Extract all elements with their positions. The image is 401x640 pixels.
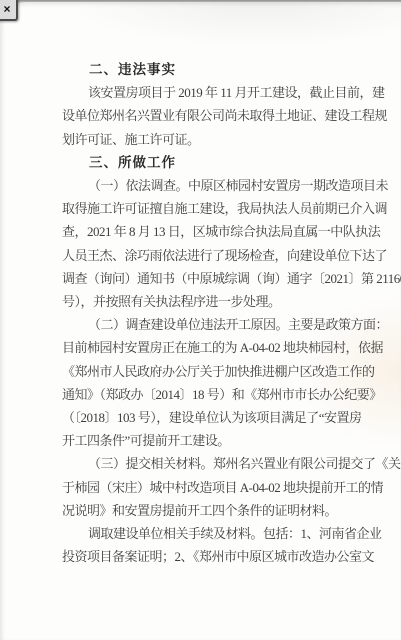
doc-line: （〔2018〕103 号），建设单位认为该项目满足了“安置房 <box>62 406 384 429</box>
doc-line: 目前柿园村安置房正在施工的为 A-04-02 地块柿园村，依据 <box>62 336 384 359</box>
doc-line: 人员王杰、涂巧雨依法进行了现场检查，向建设单位下达了 <box>62 244 384 267</box>
doc-line: 于柿园（宋庄）城中村改造项目 A-04-02 地块提前开工的情 <box>62 476 384 499</box>
doc-line: 况说明》和安置房提前开工四个条件的证明材料。 <box>62 499 384 522</box>
doc-line: 查，2021 年 8 月 13 日，区城市综合执法局直属一中队执法 <box>62 220 384 243</box>
doc-line: 号），并按照有关执法程序进一步处理。 <box>62 290 384 313</box>
paper-page: 二、违法事实 该安置房项目于 2019 年 11 月开工建设，截止目前，建 设单… <box>0 2 401 640</box>
doc-line: 《郑州市人民政府办公厅关于加快推进棚户区改造工作的 <box>62 360 384 383</box>
doc-line: 调取建设单位相关手续及材料。包括：1、河南省企业 <box>62 522 384 545</box>
broken-image-icon[interactable]: × <box>0 0 18 21</box>
section-heading-work-done: 三、所做工作 <box>62 151 384 174</box>
doc-line: 调查（询问）通知书（中原城综调（询）通字〔2021〕第 2116098 <box>62 267 384 290</box>
doc-line: 设单位郑州名兴置业有限公司尚未取得土地证、建设工程规 <box>62 104 384 127</box>
doc-line: 投资项目备案证明；2、《郑州市中原区城市改造办公室文 <box>62 545 384 568</box>
broken-image-x-glyph: × <box>3 2 10 16</box>
doc-line: 划许可证、施工许可证。 <box>62 128 384 151</box>
section-heading-illegal-facts: 二、违法事实 <box>62 58 384 81</box>
doc-line: 开工四条件”可提前开工建设。 <box>62 429 384 452</box>
doc-line: 通知》（郑政办〔2014〕18 号）和《郑州市市长办公纪要》 <box>62 383 384 406</box>
doc-line: （一）依法调查。中原区柿园村安置房一期改造项目未 <box>62 174 384 197</box>
doc-line: （二）调查建设单位违法开工原因。主要是政策方面： <box>62 313 384 336</box>
scanned-document-photo: 二、违法事实 该安置房项目于 2019 年 11 月开工建设，截止目前，建 设单… <box>0 0 401 640</box>
document-text-block: 二、违法事实 该安置房项目于 2019 年 11 月开工建设，截止目前，建 设单… <box>62 58 384 568</box>
doc-line: 该安置房项目于 2019 年 11 月开工建设，截止目前，建 <box>62 81 384 104</box>
doc-line: 取得施工许可证擅自施工建设，我局执法人员前期已介入调 <box>62 197 384 220</box>
doc-line: （三）提交相关材料。郑州名兴置业有限公司提交了《关 <box>62 452 384 475</box>
